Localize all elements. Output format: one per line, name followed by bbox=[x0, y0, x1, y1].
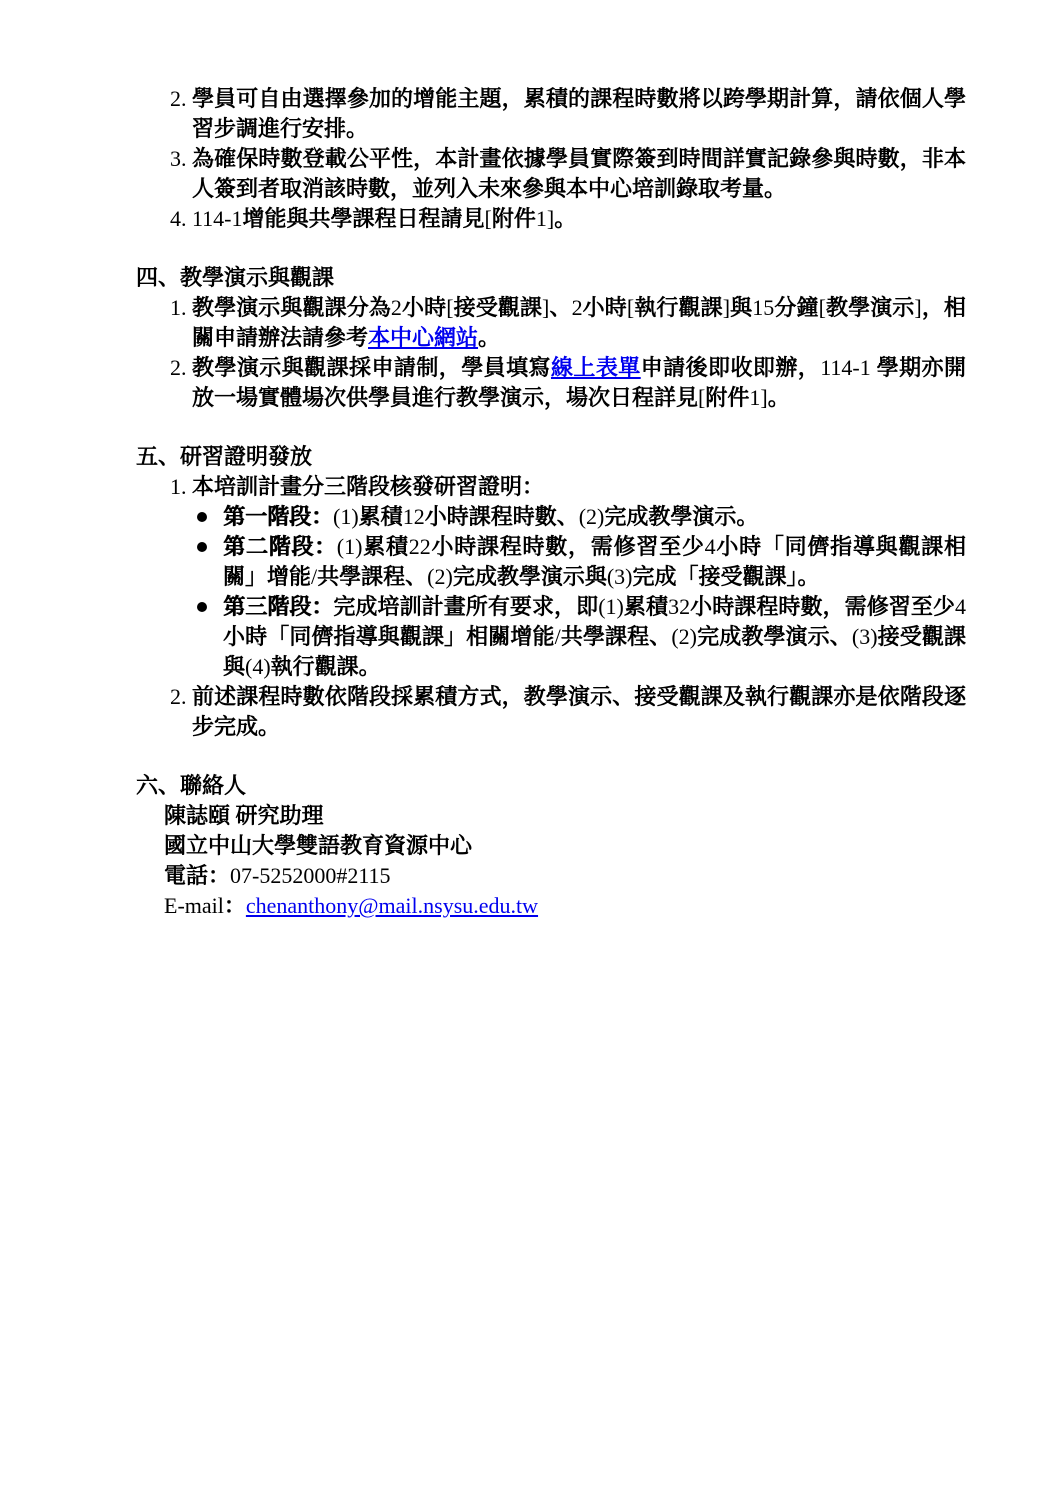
course-rules-list: 學員可自由選擇參加的增能主題，累積的課程時數將以跨學期計算，請依個人學習步調進行… bbox=[136, 84, 966, 234]
text-segment: E-mail bbox=[164, 893, 224, 918]
text-segment: 共學課程、 bbox=[561, 624, 672, 649]
text-segment: 。 bbox=[768, 385, 790, 410]
list-item: 教學演示與觀課採申請制，學員填寫線上表單申請後即收即辦，114-1 學期亦開放一… bbox=[192, 353, 966, 413]
text-segment: 第一階段： bbox=[223, 504, 333, 529]
text-segment: 。 bbox=[554, 206, 576, 231]
section-heading-5: 五、研習證明發放 bbox=[136, 442, 966, 472]
text-segment: 完成「接受觀課」。 bbox=[632, 564, 819, 589]
contact-person: 陳誌頤 研究助理 bbox=[164, 801, 966, 831]
text-segment: 附件 bbox=[705, 385, 749, 410]
text-segment: 本培訓計畫分三階段核發研習證明： bbox=[192, 474, 544, 499]
contact-organization: 國立中山大學雙語教育資源中心 bbox=[164, 831, 966, 861]
text-segment: ] bbox=[723, 295, 730, 320]
text-segment: 第三階段： bbox=[223, 594, 333, 619]
text-segment: 完成教學演示與 bbox=[453, 564, 607, 589]
list-item: 前述課程時數依階段採累積方式，教學演示、接受觀課及執行觀課亦是依階段逐步完成。 bbox=[192, 682, 966, 742]
text-segment: 1] bbox=[536, 206, 554, 231]
text-segment: [ bbox=[819, 295, 826, 320]
text-segment: 學員可自由選擇參加的增能主題，累積的課程時數將以跨學期計算，請依個人學習步調進行… bbox=[192, 86, 966, 141]
text-segment: 2 bbox=[572, 295, 583, 320]
list-item: 114-1增能與共學課程日程請見[附件1]。 bbox=[192, 204, 966, 234]
text-segment: 附件 bbox=[492, 206, 536, 231]
email-link[interactable]: chenanthony@mail.nsysu.edu.tw bbox=[246, 893, 538, 918]
text-segment: 分鐘 bbox=[774, 295, 818, 320]
certificate-list: 本培訓計畫分三階段核發研習證明：第一階段：(1)累積12小時課程時數、(2)完成… bbox=[136, 472, 966, 742]
text-segment: 第二階段： bbox=[223, 534, 337, 559]
text-segment: 小時 bbox=[583, 295, 627, 320]
text-segment: 22 bbox=[409, 534, 431, 559]
bullet-item: 第二階段：(1)累積22小時課程時數，需修習至少4小時「同儕指導與觀課相關」增能… bbox=[223, 532, 966, 592]
list-item: 為確保時數登載公平性，本計畫依據學員實際簽到時間詳實記錄參與時數，非本人簽到者取… bbox=[192, 144, 966, 204]
text-segment: (2) bbox=[427, 564, 453, 589]
text-segment: 小時課程時數、 bbox=[425, 504, 579, 529]
text-segment: 教學演示與觀課分為 bbox=[192, 295, 391, 320]
stage-bullet-list: 第一階段：(1)累積12小時課程時數、(2)完成教學演示。第二階段：(1)累積2… bbox=[192, 502, 966, 682]
text-segment: 申請後即收即辦， bbox=[641, 355, 820, 380]
text-segment: 與 bbox=[730, 295, 752, 320]
text-segment: (3) bbox=[852, 624, 878, 649]
text-segment: 執行觀課 bbox=[634, 295, 723, 320]
text-segment: 前述課程時數依階段採累積方式，教學演示、接受觀課及執行觀課亦是依階段逐步完成。 bbox=[192, 684, 966, 739]
text-segment: 。 bbox=[478, 325, 500, 350]
text-segment: 接受觀課 bbox=[454, 295, 543, 320]
text-segment: (1) bbox=[333, 504, 359, 529]
text-segment: 完成教學演示、 bbox=[697, 624, 852, 649]
text-segment: 為確保時數登載公平性，本計畫依據學員實際簽到時間詳實記錄參與時數，非本人簽到者取… bbox=[192, 146, 966, 201]
text-segment: 1] bbox=[749, 385, 767, 410]
text-segment: 小時課程時數，需修習至少 bbox=[431, 534, 705, 559]
text-segment: 累積 bbox=[359, 504, 403, 529]
text-segment: (4) bbox=[245, 654, 271, 679]
text-segment: 12 bbox=[403, 504, 425, 529]
text-segment: 共學課程、 bbox=[317, 564, 427, 589]
text-segment: 4 bbox=[705, 534, 716, 559]
contact-phone: 電話：07-5252000#2115 bbox=[164, 861, 966, 891]
text-segment: 累積 bbox=[362, 534, 408, 559]
document-body: 學員可自由選擇參加的增能主題，累積的課程時數將以跨學期計算，請依個人學習步調進行… bbox=[136, 84, 966, 921]
section-heading-6: 六、聯絡人 bbox=[136, 771, 966, 801]
contact-email: E-mail：chenanthony@mail.nsysu.edu.tw bbox=[164, 891, 966, 921]
text-segment: (2) bbox=[579, 504, 605, 529]
teaching-demo-list: 教學演示與觀課分為2小時[接受觀課]、2小時[執行觀課]與15分鐘[教學演示]，… bbox=[136, 293, 966, 413]
text-segment: 4 bbox=[955, 594, 966, 619]
text-segment: 電話： bbox=[164, 863, 230, 888]
text-segment: 32 bbox=[668, 594, 690, 619]
contact-block: 陳誌頤 研究助理國立中山大學雙語教育資源中心電話：07-5252000#2115… bbox=[136, 801, 966, 921]
text-segment: ： bbox=[224, 893, 246, 918]
text-segment: 執行觀課。 bbox=[271, 654, 381, 679]
bullet-item: 第三階段：完成培訓計畫所有要求，即(1)累積32小時課程時數，需修習至少4小時「… bbox=[223, 592, 966, 682]
text-segment: (3) bbox=[607, 564, 633, 589]
text-segment: 07-5252000#2115 bbox=[230, 863, 391, 888]
text-segment: 小時課程時數，需修習至少 bbox=[690, 594, 955, 619]
list-item: 教學演示與觀課分為2小時[接受觀課]、2小時[執行觀課]與15分鐘[教學演示]，… bbox=[192, 293, 966, 353]
text-segment: 小時 bbox=[402, 295, 446, 320]
text-segment: [ bbox=[485, 206, 492, 231]
text-segment: (2) bbox=[671, 624, 697, 649]
text-segment: [ bbox=[446, 295, 453, 320]
text-segment: 完成培訓計畫所有要求，即 bbox=[333, 594, 598, 619]
text-segment: ] bbox=[914, 295, 921, 320]
text-segment: 114-1 bbox=[192, 206, 243, 231]
text-segment: 15 bbox=[752, 295, 774, 320]
text-segment: 2 bbox=[391, 295, 402, 320]
text-segment: 、 bbox=[549, 295, 571, 320]
text-segment: 累積 bbox=[624, 594, 668, 619]
text-segment: 小時「同儕指導與觀課」相關增能 bbox=[223, 624, 555, 649]
list-item: 本培訓計畫分三階段核發研習證明：第一階段：(1)累積12小時課程時數、(2)完成… bbox=[192, 472, 966, 682]
text-segment: 增能與共學課程日程請見 bbox=[243, 206, 485, 231]
text-segment: 國立中山大學雙語教育資源中心 bbox=[164, 833, 472, 858]
text-segment: 教學演示與觀課採申請制，學員填寫 bbox=[192, 355, 551, 380]
list-item: 學員可自由選擇參加的增能主題，累積的課程時數將以跨學期計算，請依個人學習步調進行… bbox=[192, 84, 966, 144]
bullet-item: 第一階段：(1)累積12小時課程時數、(2)完成教學演示。 bbox=[223, 502, 966, 532]
text-segment: 陳誌頤 研究助理 bbox=[164, 803, 324, 828]
section-heading-4: 四、教學演示與觀課 bbox=[136, 263, 966, 293]
online-form-link[interactable]: 線上表單 bbox=[551, 355, 641, 380]
center-website-link[interactable]: 本中心網站 bbox=[368, 325, 478, 350]
text-segment: 完成教學演示。 bbox=[604, 504, 758, 529]
text-segment: (1) bbox=[337, 534, 363, 559]
text-segment: 教學演示 bbox=[826, 295, 915, 320]
document-page: 學員可自由選擇參加的增能主題，累積的課程時數將以跨學期計算，請依個人學習步調進行… bbox=[0, 0, 1061, 1500]
text-segment: (1) bbox=[598, 594, 624, 619]
text-segment: 114-1 bbox=[820, 355, 876, 380]
